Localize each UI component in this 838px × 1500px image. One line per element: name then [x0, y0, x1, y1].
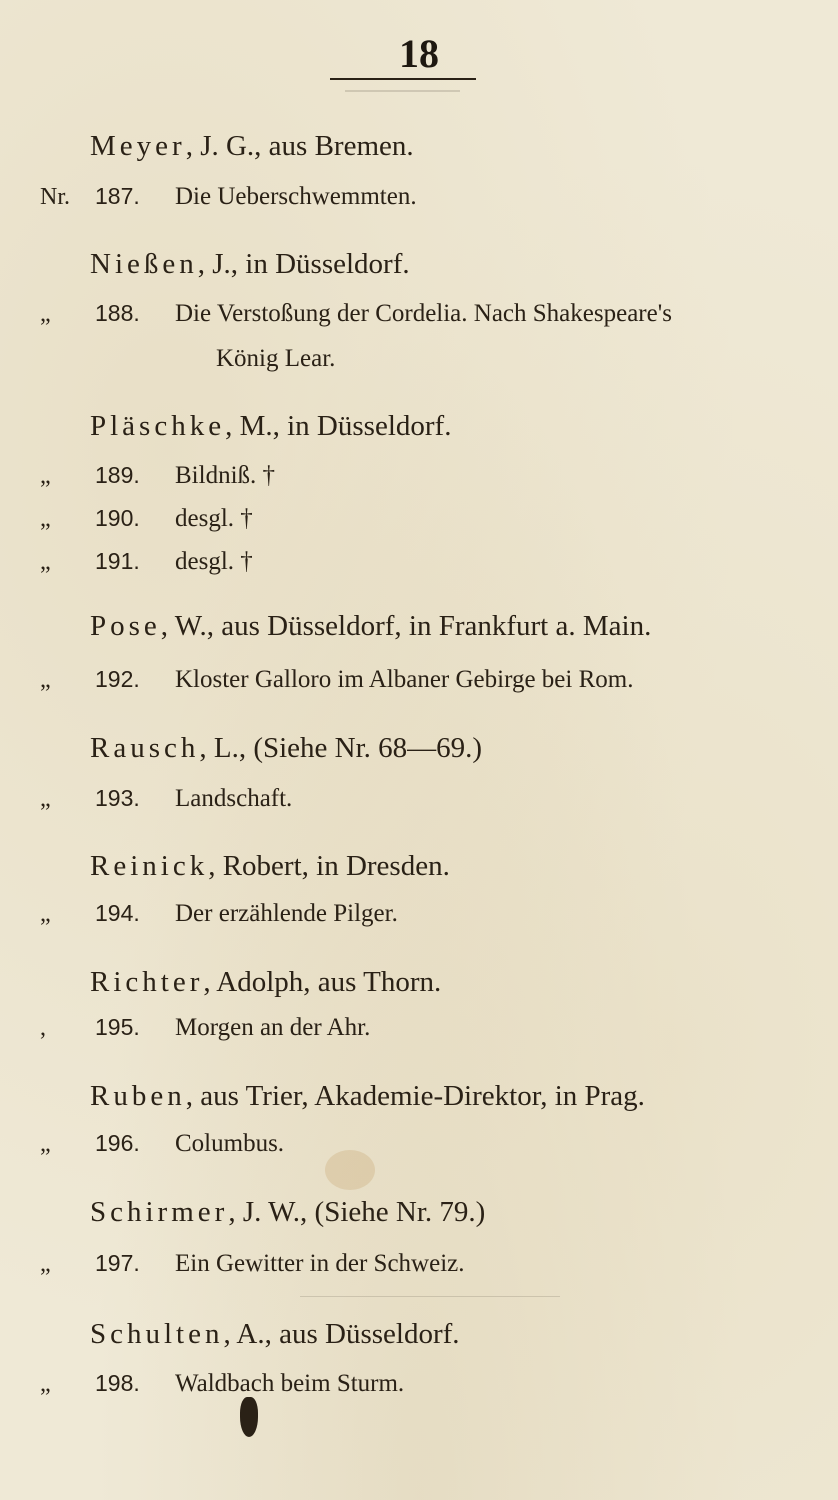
bleed-through-ornament [300, 1296, 560, 1297]
entry-number: 188. [95, 300, 175, 327]
ditto-mark: „ [40, 1371, 95, 1398]
catalog-entry: Nr.187.Die Ueberschwemmten. [40, 183, 417, 211]
entry-title: Ein Gewitter in der Schweiz. [175, 1250, 465, 1277]
ditto-mark: „ [40, 506, 95, 533]
artist-details: , Adolph, aus Thorn. [203, 966, 441, 998]
artist-details: , A., aus Düsseldorf. [224, 1318, 460, 1350]
catalog-entry: „190.desgl. † [40, 505, 253, 533]
artist-surname: Pläschke [90, 410, 225, 442]
entry-number: 191. [95, 548, 175, 575]
artist-surname: Meyer [90, 130, 186, 162]
entry-number: 194. [95, 900, 175, 927]
entry-title: Bildniß. † [175, 462, 275, 489]
entry-number: 193. [95, 785, 175, 812]
artist-heading: Rausch, L., (Siehe Nr. 68—69.) [90, 732, 482, 765]
entry-number: 197. [95, 1250, 175, 1277]
entry-title: Die Verstoßung der Cordelia. Nach Shakes… [175, 300, 672, 327]
catalog-entry: „192.Kloster Galloro im Albaner Gebirge … [40, 666, 633, 694]
artist-heading: Reinick, Robert, in Dresden. [90, 850, 450, 883]
ditto-mark: „ [40, 901, 95, 928]
artist-surname: Richter [90, 966, 203, 998]
ditto-mark: „ [40, 1251, 95, 1278]
artist-surname: Nießen [90, 248, 198, 280]
artist-heading: Schirmer, J. W., (Siehe Nr. 79.) [90, 1196, 485, 1229]
catalog-entry: „189.Bildniß. † [40, 462, 275, 490]
artist-details: , W., aus Düsseldorf, in Frankfurt a. Ma… [161, 610, 652, 642]
entry-title-continuation: König Lear. [216, 345, 335, 373]
artist-heading: Nießen, J., in Düsseldorf. [90, 248, 410, 281]
artist-surname: Rausch [90, 732, 199, 764]
artist-surname: Reinick [90, 850, 208, 882]
entry-title: Morgen an der Ahr. [175, 1014, 370, 1041]
entry-prefix: Nr. [40, 184, 95, 211]
artist-heading: Richter, Adolph, aus Thorn. [90, 966, 441, 999]
entry-title: desgl. † [175, 548, 253, 575]
ditto-mark: „ [40, 1131, 95, 1158]
artist-heading: Meyer, J. G., aus Bremen. [90, 130, 414, 163]
catalog-page: 18 Meyer, J. G., aus Bremen. Nr.187.Die … [0, 0, 838, 1500]
entry-title: Die Ueberschwemmten. [175, 183, 417, 210]
artist-details: , J. G., aus Bremen. [186, 130, 414, 162]
ditto-mark: „ [40, 667, 95, 694]
entry-title: Kloster Galloro im Albaner Gebirge bei R… [175, 666, 633, 693]
paper-stain [325, 1150, 375, 1190]
entry-number: 187. [95, 183, 175, 210]
artist-details: , J., in Düsseldorf. [198, 248, 410, 280]
entry-number: 198. [95, 1370, 175, 1397]
bleed-through-rule [345, 90, 460, 92]
artist-heading: Schulten, A., aus Düsseldorf. [90, 1318, 460, 1351]
catalog-entry: „191.desgl. † [40, 548, 253, 576]
artist-heading: Ruben, aus Trier, Akademie-Direktor, in … [90, 1080, 645, 1113]
ink-blot [240, 1397, 258, 1437]
ditto-mark: „ [40, 301, 95, 328]
ditto-mark: „ [40, 549, 95, 576]
artist-heading: Pläschke, M., in Düsseldorf. [90, 410, 451, 443]
ditto-mark: „ [40, 463, 95, 490]
catalog-entry: „193.Landschaft. [40, 785, 292, 813]
catalog-entry: „197.Ein Gewitter in der Schweiz. [40, 1250, 465, 1278]
artist-surname: Schirmer [90, 1196, 228, 1228]
artist-details: , Robert, in Dresden. [208, 850, 450, 882]
entry-title: Landschaft. [175, 785, 292, 812]
page-number: 18 [0, 30, 838, 77]
ditto-mark: „ [40, 786, 95, 813]
artist-details: , L., (Siehe Nr. 68—69.) [199, 732, 482, 764]
artist-heading: Pose, W., aus Düsseldorf, in Frankfurt a… [90, 610, 651, 643]
entry-number: 196. [95, 1130, 175, 1157]
entry-title: Columbus. [175, 1130, 284, 1157]
entry-number: 192. [95, 666, 175, 693]
artist-details: , aus Trier, Akademie-Direktor, in Prag. [186, 1080, 645, 1112]
artist-details: , M., in Düsseldorf. [225, 410, 451, 442]
entry-title: Der erzählende Pilger. [175, 900, 398, 927]
entry-number: 190. [95, 505, 175, 532]
catalog-entry: „198.Waldbach beim Sturm. [40, 1370, 404, 1398]
header-rule [330, 78, 476, 80]
entry-title: Waldbach beim Sturm. [175, 1370, 404, 1397]
entry-number: 189. [95, 462, 175, 489]
artist-surname: Pose [90, 610, 161, 642]
entry-number: 195. [95, 1014, 175, 1041]
entry-title: desgl. † [175, 505, 253, 532]
ditto-mark: , [40, 1015, 95, 1042]
catalog-entry: „196.Columbus. [40, 1130, 284, 1158]
catalog-entry: „194.Der erzählende Pilger. [40, 900, 398, 928]
artist-surname: Ruben [90, 1080, 186, 1112]
artist-surname: Schulten [90, 1318, 224, 1350]
catalog-entry: ,195.Morgen an der Ahr. [40, 1014, 370, 1042]
artist-details: , J. W., (Siehe Nr. 79.) [228, 1196, 485, 1228]
catalog-entry: „188.Die Verstoßung der Cordelia. Nach S… [40, 300, 672, 328]
